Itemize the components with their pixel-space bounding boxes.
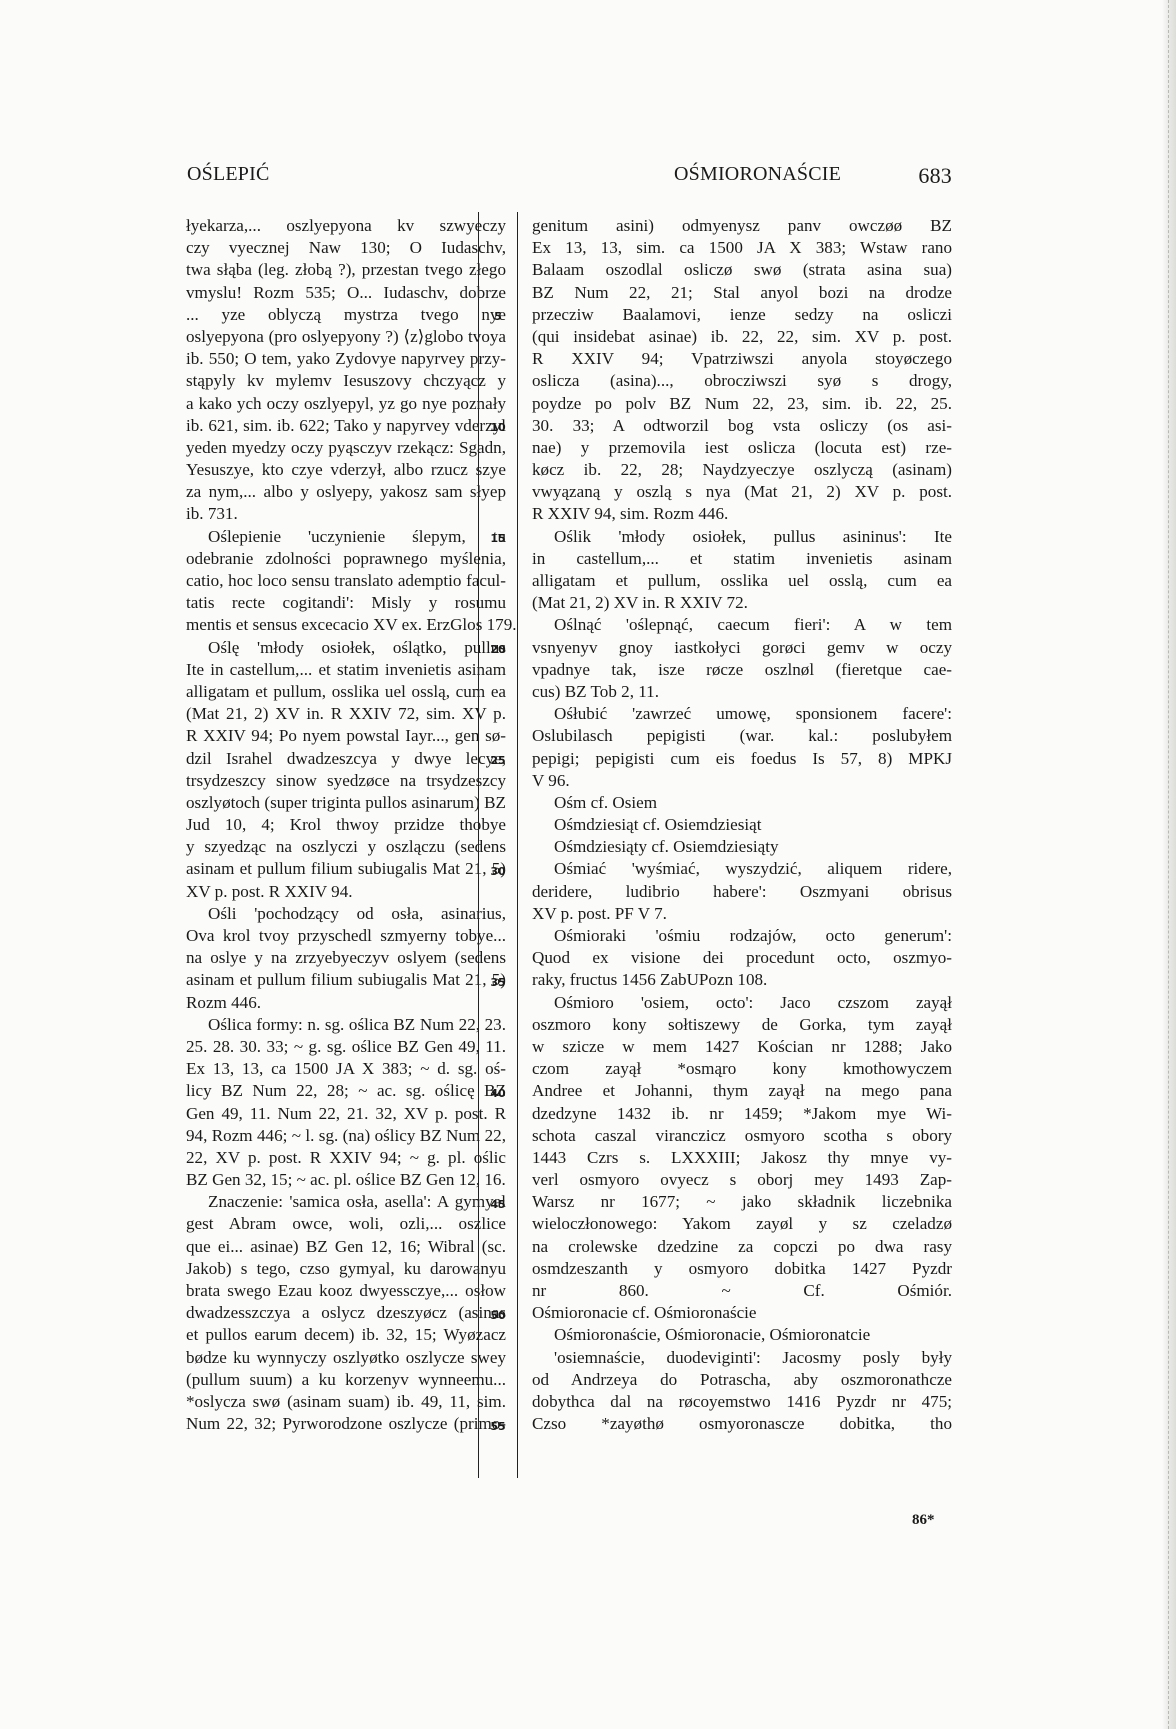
scan-edge — [1162, 0, 1176, 1729]
text-line: Quod ex visione dei procedunt octo, oszm… — [532, 947, 952, 969]
text-line: od Andrzeya do Potrascha, aby oszmoronat… — [532, 1369, 952, 1391]
text-line: *oslycza swø (asinam suam) ib. 49, 11, s… — [186, 1391, 506, 1413]
line-number-gutter: 510152025303540455055 — [478, 212, 518, 1478]
text-line: alligatam et pullum, osslika uel osslą, … — [532, 570, 952, 592]
text-line: nr 860. ~ Cf. Ośmiór. — [532, 1280, 952, 1302]
text-line: Jakob) s tego, czso gymyal, ku darowanyu — [186, 1258, 506, 1280]
text-line: Oślę 'młody osiołek, oślątko, pullus asi… — [186, 637, 506, 659]
text-line: Gen 49, 11. Num 22, 21. 32, XV p. post. … — [186, 1103, 506, 1125]
text-line: czom zayął *osmąro kony kmothowyczem — [532, 1058, 952, 1080]
right-column: genitum asini) odmyenysz panv owczøø BZE… — [532, 215, 952, 1435]
text-line: gest Abram owce, woli, ozli,... oszlice … — [186, 1213, 506, 1235]
text-line: Ośmioraki 'ośmiu rodzajów, octo generum'… — [532, 925, 952, 947]
running-head: OŚLEPIĆ OŚMIORONAŚCIE 683 — [187, 163, 952, 187]
text-line: licy BZ Num 22, 28; ~ ac. sg. oślicę BZ — [186, 1080, 506, 1102]
text-line: 1443 Czrs s. LXXXIII; Jakosz thy mnye vy… — [532, 1147, 952, 1169]
line-number: 50 — [479, 1309, 517, 1322]
text-line: 25. 28. 30. 33; ~ g. sg. oślice BZ Gen 4… — [186, 1036, 506, 1058]
text-line: Ova krol tvoy przyschedl szmyerny tobye.… — [186, 925, 506, 947]
text-line: Balaam oszodlal osliczø swø (strata asin… — [532, 259, 952, 281]
text-line: Czso *zayøthø osmyoronascze dobitka, tho — [532, 1413, 952, 1435]
text-line: Oślica formy: n. sg. oślica BZ Num 22, 2… — [186, 1014, 506, 1036]
line-number: 5 — [479, 310, 517, 323]
line-number: 45 — [479, 1198, 517, 1211]
running-head-left: OŚLEPIĆ — [187, 163, 270, 186]
text-line: genitum asini) odmyenysz panv owczøø BZ — [532, 215, 952, 237]
text-line: nae) y przemovila iest oslicza (locuta e… — [532, 437, 952, 459]
text-line: vwyązaną y oszlą s nya (Mat 21, 2) XV p.… — [532, 481, 952, 503]
text-line: 94, Rozm 446; ~ l. sg. (na) oślicy BZ Nu… — [186, 1125, 506, 1147]
text-line: za nym,... albo y oslyepy, yakosz sam sł… — [186, 481, 506, 503]
page-number: 683 — [918, 163, 952, 189]
text-line: łyekarza,... oszlyepyona kv szwyeczy szw… — [186, 215, 506, 237]
text-line: Ex 13, 13, ca 1500 JA X 383; ~ d. sg. oś… — [186, 1058, 506, 1080]
text-line: dzil Israhel dwadzeszcya y dwye lecye, m… — [186, 748, 506, 770]
line-number: 10 — [479, 421, 517, 434]
text-line: na crolewske dzedzine za copczi po dwa r… — [532, 1236, 952, 1258]
text-line: trsydzeszcy sinow syedzøce na trsydzeszc… — [186, 770, 506, 792]
text-line: BZ Num 22, 21; Stal anyol bozi na drodze — [532, 282, 952, 304]
text-line: asinam et pullum filium subiugalis Mat 2… — [186, 969, 506, 991]
text-line: Jud 10, 4; Krol thwoy przidze thobye szm… — [186, 814, 506, 836]
text-line: dzedzyne 1432 ib. nr 1459; *Jakom mye Wi… — [532, 1103, 952, 1125]
text-line: R XXIV 94; Vpatrziwszi anyola stoyøczego — [532, 348, 952, 370]
text-line: Ośmioronacie cf. Ośmioronaście — [532, 1302, 952, 1324]
text-line: Andree et Johanni, thym zayął na mego pa… — [532, 1080, 952, 1102]
text-line: oslyepyona (pro oslyepyony ?) ⟨z⟩globo t… — [186, 326, 506, 348]
text-line: ib. 621, sim. ib. 622; Tako y napyrvey v… — [186, 415, 506, 437]
text-line: bødze ku wynnyczy oszlyøtko oszlycze swe… — [186, 1347, 506, 1369]
text-line: XV p. post. R XXIV 94. — [186, 881, 506, 903]
text-line: et pullos earum decem) ib. 32, 15; Wyøza… — [186, 1324, 506, 1346]
text-line: Oslubilasch pepigisti (war. kal.: poslub… — [532, 725, 952, 747]
line-number: 25 — [479, 754, 517, 767]
text-line: w szicze w mem 1427 Kościan nr 1288; Jak… — [532, 1036, 952, 1058]
text-line: Oślnąć 'oślepnąć, caecum fieri': A w tem — [532, 614, 952, 636]
text-line: przecziw Baalamovi, ienze sedzy na oslic… — [532, 304, 952, 326]
running-head-center: OŚMIORONAŚCIE — [674, 163, 841, 186]
text-line: tatis recte cogitandi': Misly y rosumu o… — [186, 592, 506, 614]
text-line: twa słąba (leg. złobą ?), przestan tvego… — [186, 259, 506, 281]
text-line: na oslye y na zrzyebyeczyv oslyem (seden… — [186, 947, 506, 969]
text-line: a kako ych oczy oszlyepyl, yz go nye poz… — [186, 393, 506, 415]
text-line: wieloczłonowego: Yakom zayøl y sz czelad… — [532, 1213, 952, 1235]
text-line: (Mat 21, 2) XV in. R XXIV 72. — [532, 592, 952, 614]
text-line: schota caszal viranczicz osmyoro scotha … — [532, 1125, 952, 1147]
text-line: raky, fructus 1456 ZabUPozn 108. — [532, 969, 952, 991]
text-line: ib. 731. — [186, 503, 506, 525]
text-line: asinam et pullum filium subiugalis Mat 2… — [186, 858, 506, 880]
text-line: 30. 33; A odtworzil bog vsta osliczy (os… — [532, 415, 952, 437]
text-line: Yesuszye, kto czye vderzył, albo rzucz s… — [186, 459, 506, 481]
text-line: y szyedząc na oszlyczi y oszlączu (seden… — [186, 836, 506, 858]
line-number: 40 — [479, 1087, 517, 1100]
text-line: Rozm 446. — [186, 992, 506, 1014]
text-line: Ośmiać 'wyśmiać, wyszydzić, aliquem ride… — [532, 858, 952, 880]
text-line: XV p. post. PF V 7. — [532, 903, 952, 925]
text-line: vpadnye tak, isze røcze oszlnøl (fieretq… — [532, 659, 952, 681]
text-line: czy vyecznej Naw 130; O Iudaschv, oslyep… — [186, 237, 506, 259]
text-line: vsnyenyv gnoy iastkołyci gorøci gemv w o… — [532, 637, 952, 659]
line-number: 35 — [479, 976, 517, 989]
text-line: verl osmyoro ovyecz s oborj mey 1493 Zap… — [532, 1169, 952, 1191]
text-line: (Mat 21, 2) XV in. R XXIV 72, sim. XV p.… — [186, 703, 506, 725]
text-line: Ośmdziesiąt cf. Osiemdziesiąt — [532, 814, 952, 836]
text-line: odebranie zdolności poprawnego myślenia,… — [186, 548, 506, 570]
text-line: V 96. — [532, 770, 952, 792]
text-line: Ite in castellum,... et statim invenieti… — [186, 659, 506, 681]
left-column: łyekarza,... oszlyepyona kv szwyeczy szw… — [186, 215, 506, 1435]
text-line: Num 22, 32; Pyrworodzone oszlycze (primo… — [186, 1413, 506, 1435]
text-line: Oślik 'młody osiołek, pullus asininus': … — [532, 526, 952, 548]
text-line: R XXIV 94, sim. Rozm 446. — [532, 503, 952, 525]
text-line: ... yze oblyczą mystrza tvego nye zogląd… — [186, 304, 506, 326]
text-line: BZ Gen 32, 15; ~ ac. pl. oślice BZ Gen 1… — [186, 1169, 506, 1191]
text-line: cus) BZ Tob 2, 11. — [532, 681, 952, 703]
text-line: R XXIV 94; Po nyem powstal Iayr..., gen … — [186, 725, 506, 747]
printer-signature: 86* — [912, 1512, 935, 1529]
text-line: Ośli 'pochodzący od osła, asinarius, asi… — [186, 903, 506, 925]
text-line: catio, hoc loco sensu translato ademptio… — [186, 570, 506, 592]
text-line: Znaczenie: 'samica osła, asella': A gymy… — [186, 1191, 506, 1213]
text-line: yeden myedzy oczy pyąsczyv rzekącz: Sgad… — [186, 437, 506, 459]
text-line: 'osiemnaście, duodeviginti': Jacosmy pos… — [532, 1347, 952, 1369]
line-number: 15 — [479, 532, 517, 545]
text-line: brata swego Ezau kooz dwyessczye,... osł… — [186, 1280, 506, 1302]
text-line: oslicza (asina)..., obrocziwszi syø s dr… — [532, 370, 952, 392]
text-line: Ośłubić 'zawrzeć umowę, sponsionem facer… — [532, 703, 952, 725]
text-line: dwadzesszczya a oslycz dzeszyøcz (asinas… — [186, 1302, 506, 1324]
line-number: 20 — [479, 643, 517, 656]
text-line: (qui insidebat asinae) ib. 22, 22, sim. … — [532, 326, 952, 348]
text-line: ib. 550; O tem, yako Zydovye napyrvey pr… — [186, 348, 506, 370]
text-line: Warsz nr 1677; ~ jako składnik liczebnik… — [532, 1191, 952, 1213]
text-line: Oślepienie 'uczynienie ślepym, tu przeno… — [186, 526, 506, 548]
text-line: osmdzeszanth y osmyoro dobitka 1427 Pyzd… — [532, 1258, 952, 1280]
text-line: køcz ib. 22, 28; Naydzyeczye oszlyczą (a… — [532, 459, 952, 481]
text-line: poydze po polv BZ Num 22, 23, sim. ib. 2… — [532, 393, 952, 415]
line-number: 30 — [479, 865, 517, 878]
text-line: Ex 13, 13, sim. ca 1500 JA X 383; Wstaw … — [532, 237, 952, 259]
text-line: Ośmioronaście, Ośmioronacie, Ośmioronatc… — [532, 1324, 952, 1346]
line-number: 55 — [479, 1420, 517, 1433]
text-line: mentis et sensus excecacio XV ex. ErzGlo… — [186, 614, 506, 636]
text-line: Ośmdziesiąty cf. Osiemdziesiąty — [532, 836, 952, 858]
text-line: que ei... asinae) BZ Gen 12, 16; Wibral … — [186, 1236, 506, 1258]
text-line: (pullum suum) a ku korzenyv wynneemu... — [186, 1369, 506, 1391]
text-line: oszlyøtoch (super triginta pullos asinar… — [186, 792, 506, 814]
text-line: pepigi; pepigisti cum eis foedus Is 57, … — [532, 748, 952, 770]
text-line: dobythca dal na røcoyemstwo 1416 Pyzdr n… — [532, 1391, 952, 1413]
text-line: oszmoro kony sołtiszewy de Gorka, tym za… — [532, 1014, 952, 1036]
text-line: deridere, ludibrio habere': Oszmyani obr… — [532, 881, 952, 903]
text-line: vmyslu! Rozm 535; O... Iudaschv, dobrze … — [186, 282, 506, 304]
text-line: stąpyly kv mylemv Iesuszovy chczyącz y y… — [186, 370, 506, 392]
text-line: 22, XV p. post. R XXIV 94; ~ g. pl. ośli… — [186, 1147, 506, 1169]
text-line: Ośm cf. Osiem — [532, 792, 952, 814]
text-line: alligatam et pullum, osslika uel osslą, … — [186, 681, 506, 703]
text-line: in castellum,... et statim invenietis as… — [532, 548, 952, 570]
text-line: Ośmioro 'osiem, octo': Jaco czszom zayął — [532, 992, 952, 1014]
